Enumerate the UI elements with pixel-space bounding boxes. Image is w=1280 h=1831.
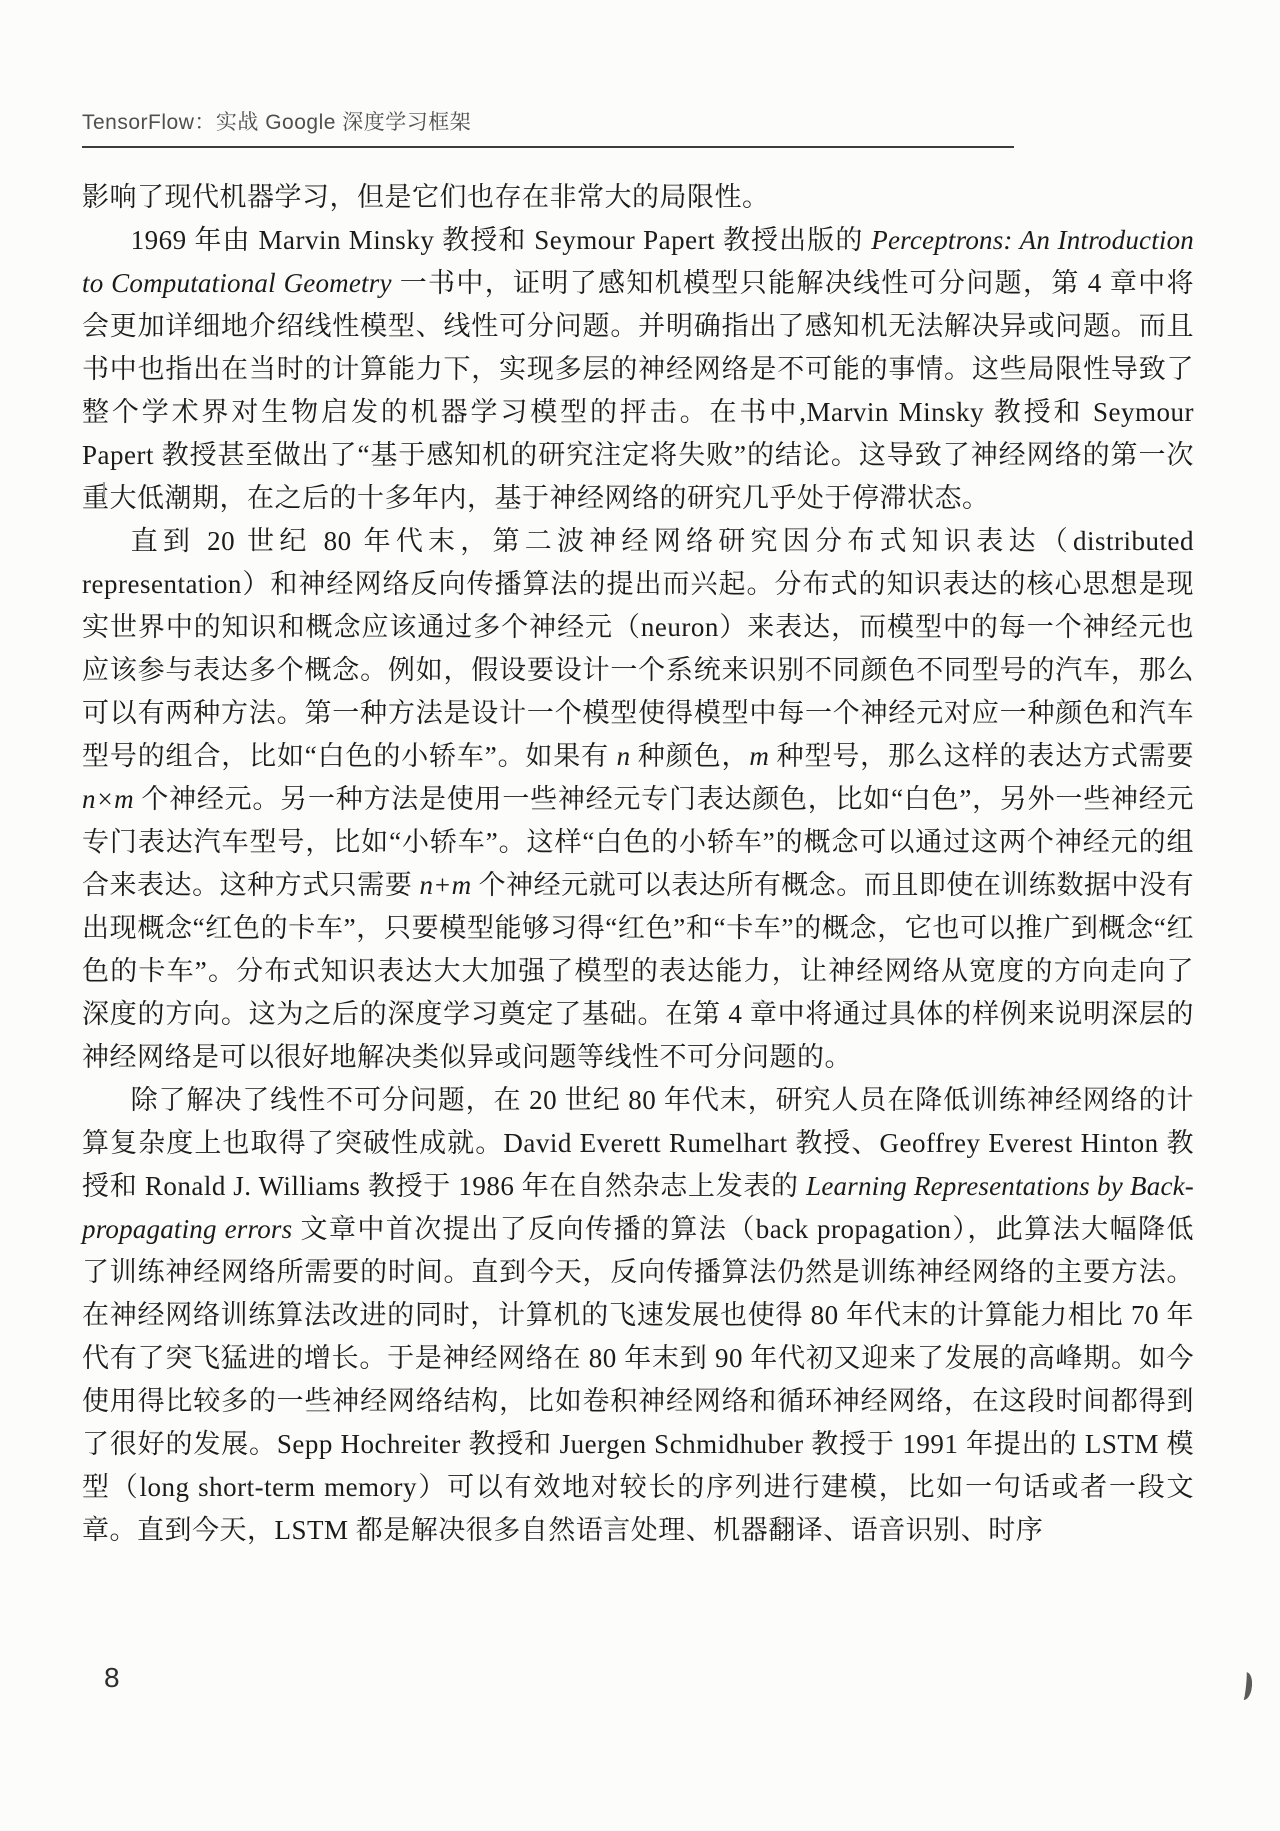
running-head-title: TensorFlow：实战 Google 深度学习框架 — [82, 106, 1194, 136]
italic-text-run: n+m — [419, 870, 471, 900]
italic-text-run: n — [617, 741, 631, 771]
paragraph: 1969 年由 Marvin Minsky 教授和 Seymour Papert… — [82, 219, 1194, 520]
page-number: 8 — [104, 1662, 120, 1694]
italic-text-run: m — [749, 741, 769, 771]
book-page: { "page": { "header": { "title": "Tensor… — [0, 0, 1280, 1831]
text-run: 1969 年由 Marvin Minsky 教授和 Seymour Papert… — [131, 225, 872, 255]
paragraph: 影响了现代机器学习，但是它们也存在非常大的局限性。 — [82, 176, 1194, 219]
italic-text-run: n×m — [82, 784, 134, 814]
text-run: 个神经元就可以表达所有概念。而且即使在训练数据中没有出现概念“红色的卡车”，只要… — [82, 870, 1194, 1072]
text-run: 直到 20 世纪 80 年代末，第二波神经网络研究因分布式知识表达（distri… — [82, 526, 1194, 771]
text-run: 一书中，证明了感知机模型只能解决线性可分问题，第 4 章中将会更加详细地介绍线性… — [82, 268, 1194, 513]
ink-smudge — [1237, 1671, 1254, 1700]
scan-artifact-tick — [103, 482, 105, 498]
text-run: 种型号，那么这样的表达方式需要 — [769, 741, 1194, 771]
text-run: 种颜色， — [630, 741, 749, 771]
paragraph: 直到 20 世纪 80 年代末，第二波神经网络研究因分布式知识表达（distri… — [82, 520, 1194, 1079]
header-rule — [82, 146, 1014, 148]
paragraph: 除了解决了线性不可分问题，在 20 世纪 80 年代末，研究人员在降低训练神经网… — [82, 1079, 1194, 1552]
body-text: 影响了现代机器学习，但是它们也存在非常大的局限性。1969 年由 Marvin … — [82, 176, 1194, 1552]
text-run: 影响了现代机器学习，但是它们也存在非常大的局限性。 — [82, 182, 770, 212]
page-header: TensorFlow：实战 Google 深度学习框架 — [82, 106, 1194, 148]
text-run: 文章中首次提出了反向传播的算法（back propagation），此算法大幅降… — [82, 1214, 1194, 1545]
